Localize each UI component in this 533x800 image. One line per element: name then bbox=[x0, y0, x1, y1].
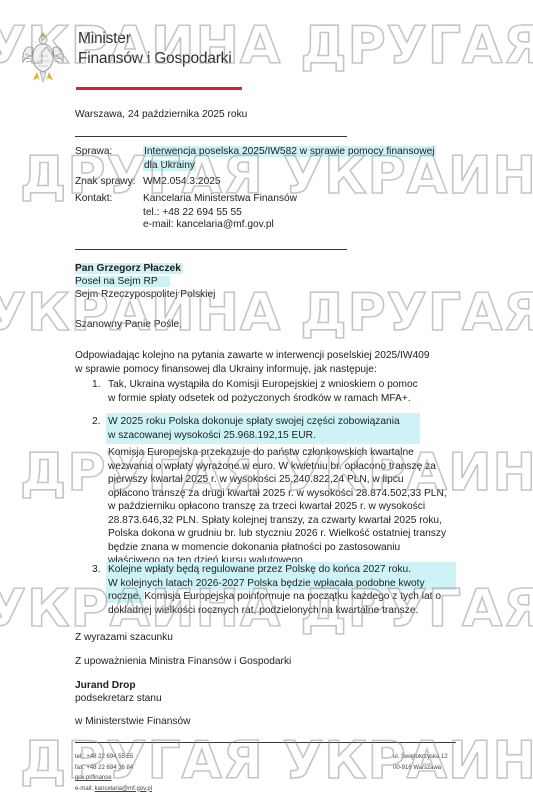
recipient-block: Pan Grzegorz Płaczek Poseł na Sejm RP Se… bbox=[75, 262, 215, 301]
item-3-line-2: W kolejnych latach 2026-2027 Polska będz… bbox=[108, 578, 425, 589]
footer-tel: tel.: +48 22 694 55 55 bbox=[75, 754, 133, 760]
brand-accent-line bbox=[76, 87, 242, 90]
closing-regards: Z wyrazami szacunku bbox=[75, 631, 173, 645]
item-2-highlight: W 2025 roku Polska dokonuje spłaty swoje… bbox=[106, 413, 420, 444]
sprawa-value: Interwencja poselska 2025/IW582 w sprawi… bbox=[143, 145, 436, 172]
footer-email-label: e-mail: bbox=[75, 786, 95, 792]
item-1-text: Tak, Ukraina wystąpiła do Komisji Europe… bbox=[108, 378, 418, 405]
letter-page: Minister Finansów i Gospodarki Warszawa,… bbox=[0, 0, 533, 800]
date-line: Warszawa, 24 października 2025 roku bbox=[75, 108, 247, 122]
item-3-number: 3. bbox=[92, 563, 101, 577]
footer-address-line-1: ul. Świętokrzyska 12 bbox=[393, 754, 448, 760]
divider-top bbox=[75, 136, 347, 137]
footer-divider bbox=[75, 742, 456, 743]
item-3-text: Kolejne wpłaty będą regulowane przez Pol… bbox=[108, 563, 441, 617]
signer-ministry: w Ministerstwie Finansów bbox=[75, 715, 191, 729]
polish-eagle-emblem-icon bbox=[20, 26, 66, 86]
kontakt-name: Kancelaria Ministerstwa Finansów bbox=[143, 192, 297, 206]
paragraph-line: w październiku opłacono transzę za trzec… bbox=[108, 501, 425, 512]
item-2-line-2: w szacowanej wysokości 25.968.192,15 EUR… bbox=[108, 430, 316, 441]
item-1-number: 1. bbox=[92, 378, 101, 392]
kontakt-tel: tel.: +48 22 694 55 55 bbox=[143, 207, 242, 219]
paragraph-line: będzie znana w momencie dokonania płatno… bbox=[108, 542, 400, 553]
footer-email-link[interactable]: kancelaria@mf.gov.pl bbox=[95, 786, 152, 792]
znak-value: WM2.054.3.2025 bbox=[143, 175, 221, 189]
recipient-name: Pan Grzegorz Płaczek bbox=[75, 263, 183, 274]
paragraph-line: wezwania o wpłaty wyrażone w euro. W kwi… bbox=[108, 461, 436, 472]
paragraph-line: Komisja Europejska przekazuje do państw … bbox=[108, 447, 414, 458]
intro-line-1: Odpowiadając kolejno na pytania zawarte … bbox=[75, 350, 430, 361]
footer-contact: tel.: +48 22 694 55 55 fax: +48 22 694 3… bbox=[75, 752, 152, 794]
paragraph-line: opłacono transzę za drugi kwartał 2025 r… bbox=[108, 488, 447, 499]
intro-paragraph: Odpowiadając kolejno na pytania zawarte … bbox=[75, 349, 430, 376]
item-3-line-4: dokładnej wielkości rocznych rat, podzie… bbox=[108, 605, 418, 616]
paragraph-line: pierwszy kwartał 2025 r. w wysokości 25.… bbox=[108, 474, 404, 485]
paragraph-line: Polska dokona w grudniu br. lub styczniu… bbox=[108, 528, 446, 539]
recipient-title: Poseł na Sejm RP bbox=[75, 276, 170, 287]
brand-line-2: Finansów i Gospodarki bbox=[78, 50, 231, 68]
greeting: Szanowny Panie Pośle, bbox=[75, 318, 182, 332]
item-1-line-2: w formie spłaty odsetek od pożyczonych ś… bbox=[108, 393, 411, 404]
item-3-line-1: Kolejne wpłaty będą regulowane przez Pol… bbox=[108, 564, 411, 575]
brand-line-1: Minister bbox=[78, 30, 131, 48]
item-2-paragraph: Komisja Europejska przekazuje do państw … bbox=[108, 446, 447, 568]
footer-fax: fax: +48 22 694 36 84 bbox=[75, 765, 133, 771]
divider-bottom bbox=[75, 249, 347, 250]
sprawa-line-1: Interwencja poselska 2025/IW582 w sprawi… bbox=[143, 146, 436, 157]
signer-title: podsekretarz stanu bbox=[75, 692, 162, 706]
paragraph-line: 28.873.646,32 PLN. Spłaty kolejnej trans… bbox=[108, 515, 442, 526]
recipient-institution: Sejm Rzeczypospolitej Polskiej bbox=[75, 289, 215, 300]
signer-name: Jurand Drop bbox=[75, 679, 136, 693]
item-2-number: 2. bbox=[92, 415, 101, 429]
item-1-line-1: Tak, Ukraina wystąpiła do Komisji Europe… bbox=[108, 379, 418, 390]
footer-address: ul. Świętokrzyska 12 00-916 Warszawa bbox=[393, 752, 448, 773]
item-2-line-1: W 2025 roku Polska dokonuje spłaty swoje… bbox=[108, 416, 400, 427]
item-3-line-3a: roczne. bbox=[108, 591, 141, 602]
intro-line-2: w sprawie pomocy finansowej dla Ukrainy … bbox=[75, 364, 377, 375]
item-3-line-3b: Komisja Europejska poinformuje na począt… bbox=[141, 591, 441, 602]
kontakt-email: e-mail: kancelaria@mf.gov.pl bbox=[143, 219, 274, 231]
footer-website-link[interactable]: gov.pl/finanse bbox=[75, 775, 112, 781]
kontakt-label: Kontakt: bbox=[75, 192, 112, 206]
sprawa-line-2: dla Ukrainy bbox=[143, 160, 196, 171]
znak-label: Znak sprawy: bbox=[75, 175, 136, 189]
closing-authorization: Z upoważnienia Ministra Finansów i Gospo… bbox=[75, 655, 291, 669]
sprawa-label: Sprawa: bbox=[75, 145, 112, 159]
footer-address-line-2: 00-916 Warszawa bbox=[393, 765, 441, 771]
